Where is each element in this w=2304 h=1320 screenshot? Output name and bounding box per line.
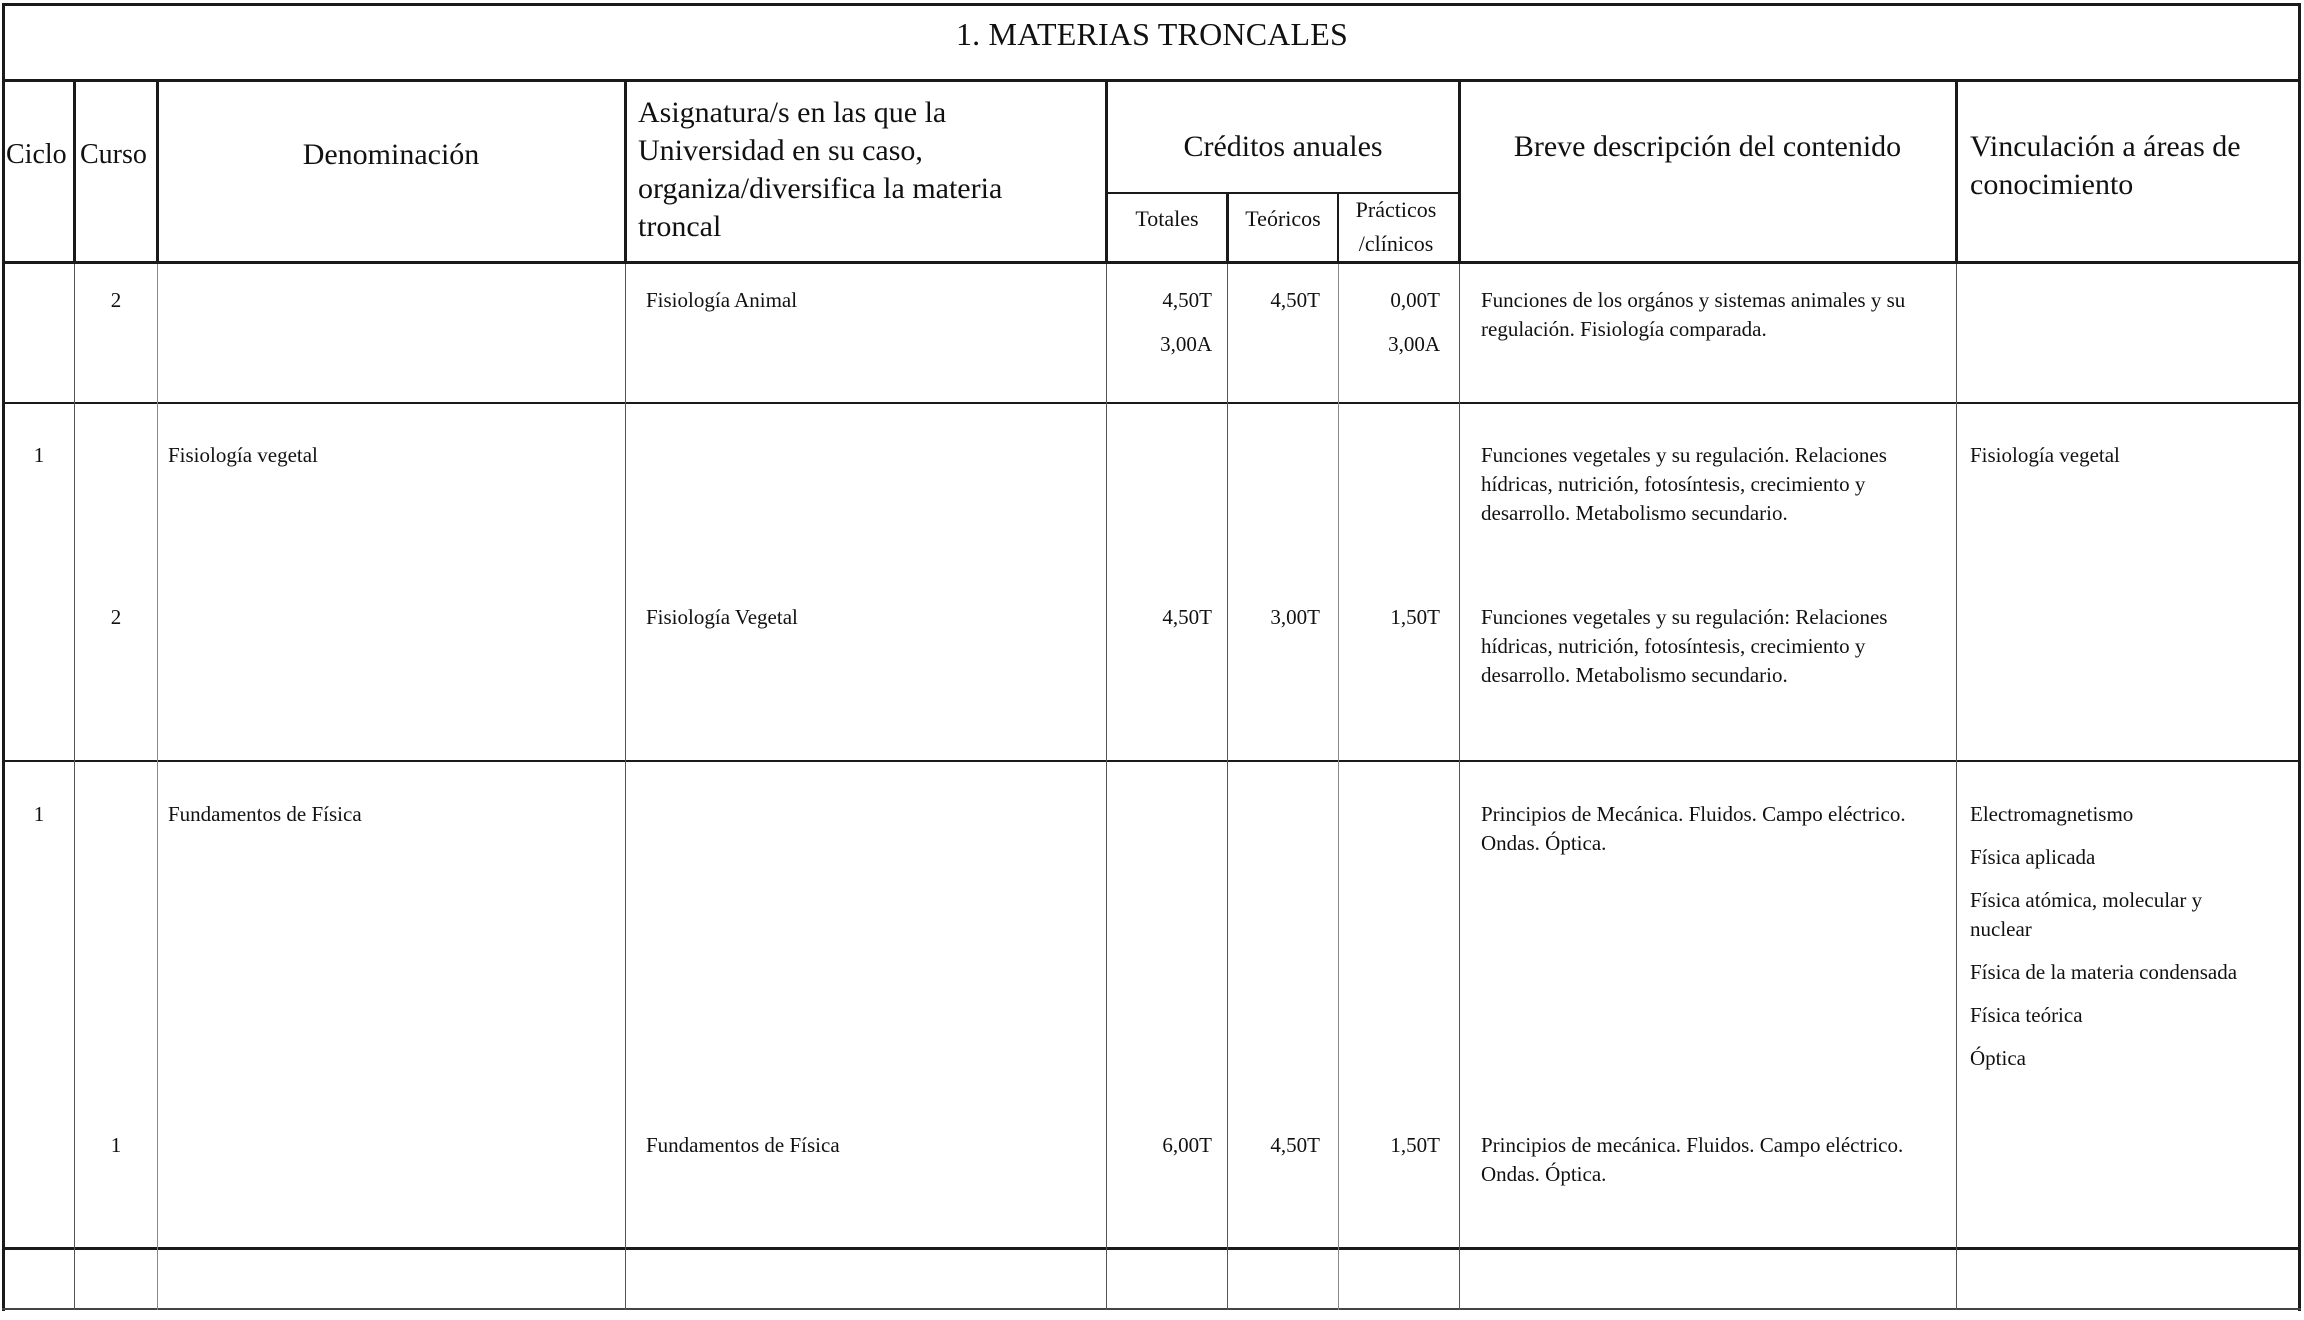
body-line-practicos (1459, 264, 1460, 1310)
totales-value: 4,50T (1108, 286, 1212, 315)
header-totales: Totales (1108, 203, 1226, 235)
practicos-value: 1,50T (1340, 1131, 1440, 1160)
curso-value: 2 (75, 603, 157, 632)
denominacion-value: Fisiología vegetal (168, 441, 318, 470)
practicos-value-2: 3,00A (1340, 330, 1440, 359)
vinculacion-list: Electromagnetismo Física aplicada Física… (1970, 800, 2300, 1087)
body-line-asignatura (1106, 264, 1107, 1310)
body-line-denominacion (625, 264, 626, 1310)
area-item: Física aplicada (1970, 843, 2300, 872)
area-item: Física teórica (1970, 1001, 2300, 1030)
col-line-ciclo (73, 80, 76, 264)
header-asignatura: Asignatura/s en las que la Universidad e… (638, 94, 1078, 246)
descripcion-value: Principios de mecánica. Fluidos. Campo e… (1481, 1131, 1911, 1189)
body-line-curso (157, 264, 158, 1310)
practicos-value: 1,50T (1340, 603, 1440, 632)
descripcion-value: Principios de Mecánica. Fluidos. Campo e… (1481, 800, 1931, 858)
denominacion-value: Fundamentos de Física (168, 800, 362, 829)
area-item: Física de la materia condensada (1970, 958, 2300, 987)
col-line-teoricos (1337, 192, 1339, 264)
body-line-descripcion (1956, 264, 1957, 1310)
area-item: Óptica (1970, 1044, 2300, 1073)
descripcion-value: Funciones vegetales y su regulación: Rel… (1481, 603, 1931, 690)
vinculacion-list: Fisiología vegetal (1970, 441, 2300, 484)
header-descripcion: Breve descripción del contenido (1460, 128, 1955, 166)
area-item: Física atómica, molecular y nuclear (1970, 886, 2260, 944)
practicos-value: 0,00T (1340, 286, 1440, 315)
body-line-totales (1227, 264, 1228, 1310)
col-line-descripcion (1955, 80, 1958, 264)
header-creditos-anuales: Créditos anuales (1108, 128, 1458, 166)
ciclo-value: 1 (4, 441, 74, 470)
col-line-creditos (1458, 80, 1461, 264)
header-curso: Curso (80, 136, 147, 174)
header-practicos: Prácticos /clínicos (1342, 193, 1450, 261)
area-item: Fisiología vegetal (1970, 441, 2300, 470)
header-denominacion: Denominación (158, 136, 624, 174)
teoricos-value: 4,50T (1229, 1131, 1320, 1160)
table-border-top (2, 3, 2301, 6)
table-row-empty (2, 1250, 2300, 1308)
asignatura-value: Fisiología Animal (646, 286, 797, 315)
table-border-left (2, 3, 5, 1311)
descripcion-value: Funciones vegetales y su regulación. Rel… (1481, 441, 1931, 528)
descripcion-value: Funciones de los orgános y sistemas anim… (1481, 286, 1931, 344)
curso-value: 2 (75, 286, 157, 315)
table-border-right (2298, 3, 2301, 1311)
section-title: 1. MATERIAS TRONCALES (4, 16, 2300, 53)
asignatura-value: Fisiología Vegetal (646, 603, 798, 632)
area-item: Electromagnetismo (1970, 800, 2300, 829)
header-ciclo: Ciclo (6, 136, 67, 174)
header-teoricos: Teóricos (1229, 203, 1337, 235)
col-line-denominacion (624, 80, 627, 264)
ciclo-value: 1 (4, 800, 74, 829)
teoricos-value: 3,00T (1229, 603, 1320, 632)
header-vinculacion: Vinculación a áreas de conocimiento (1970, 128, 2295, 204)
totales-value-2: 3,00A (1108, 330, 1212, 359)
col-line-asignatura (1105, 80, 1108, 264)
teoricos-value: 4,50T (1229, 286, 1320, 315)
body-line-teoricos (1338, 264, 1339, 1310)
asignatura-value: Fundamentos de Física (646, 1131, 840, 1160)
totales-value: 4,50T (1108, 603, 1212, 632)
curso-value: 1 (75, 1131, 157, 1160)
totales-value: 6,00T (1108, 1131, 1212, 1160)
